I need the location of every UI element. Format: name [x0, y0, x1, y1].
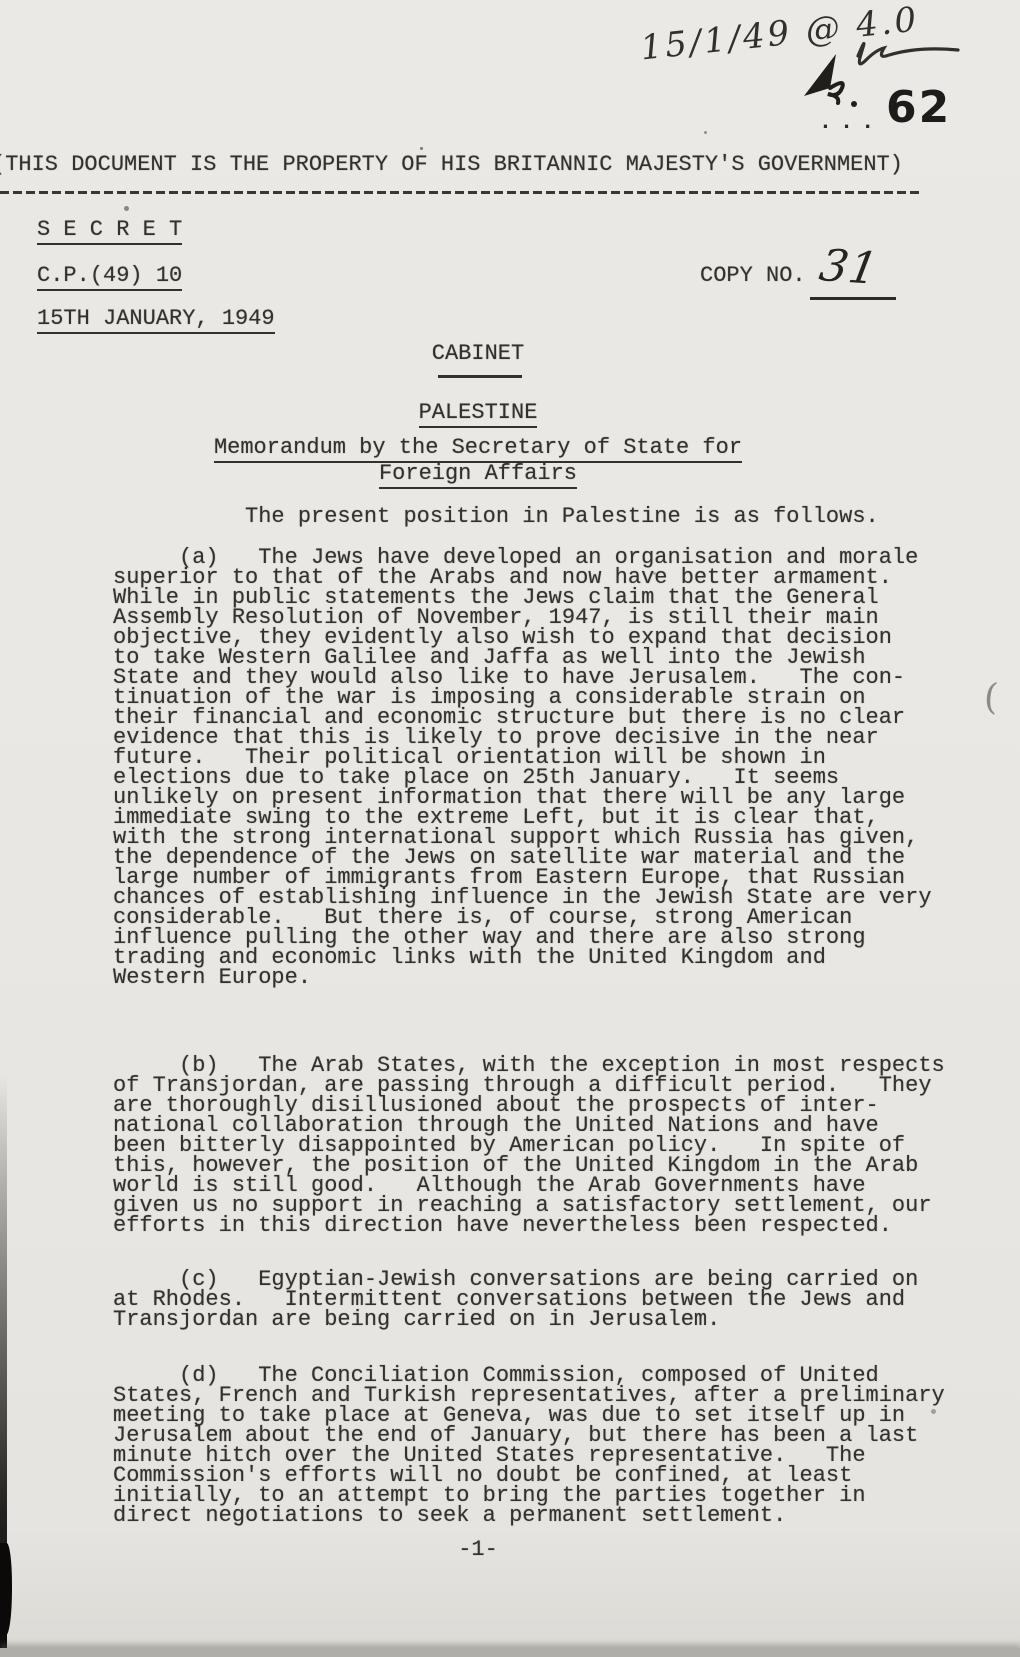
stray-pen-mark: (: [983, 680, 1000, 717]
page-number: -1-: [108, 1540, 848, 1560]
paragraph-c: (c) Egyptian-Jewish conversations are be…: [113, 1270, 918, 1330]
paragraph-d: (d) The Conciliation Commission, compose…: [113, 1366, 945, 1526]
classification-text: S E C R E T: [37, 217, 182, 245]
scan-edge-blob: [0, 1543, 12, 1635]
memo-title-line1-text: Memorandum by the Secretary of State for: [214, 435, 742, 463]
date-line: 15TH JANUARY, 1949: [37, 309, 275, 329]
reference-number: C.P.(49) 10: [37, 266, 182, 286]
copy-no-underline: [810, 297, 896, 300]
classification-secret: S E C R E T: [37, 220, 182, 240]
property-line: (THIS DOCUMENT IS THE PROPERTY OF HIS BR…: [0, 155, 903, 175]
memo-title-line2: Foreign Affairs: [108, 463, 848, 485]
initial-ink-mark: [790, 52, 900, 108]
folio-number-stamp: 62: [886, 86, 951, 130]
paper-specks: [420, 147, 423, 150]
cabinet-heading: CABINET: [108, 343, 848, 365]
memo-title-line2-text: Foreign Affairs: [379, 461, 577, 489]
dashed-rule: [0, 191, 920, 194]
reference-text: C.P.(49) 10: [37, 263, 182, 291]
memo-title-line1: Memorandum by the Secretary of State for: [108, 437, 848, 459]
scan-bottom-edge: [0, 1648, 1020, 1657]
document-page: 15/1/49 @ 4.0 . . . 62 (THIS DOCUMENT IS…: [0, 0, 1020, 1657]
paragraph-a: (a) The Jews have developed an organisat…: [113, 548, 932, 988]
copy-no-label: COPY NO.: [700, 266, 806, 286]
opening-sentence: The present position in Palestine is as …: [113, 507, 879, 527]
handwritten-copy-number: 31: [816, 244, 882, 292]
cabinet-rule: [438, 375, 522, 378]
paragraph-b: (b) The Arab States, with the exception …: [113, 1056, 945, 1236]
subject-text: PALESTINE: [419, 400, 538, 428]
date-text: 15TH JANUARY, 1949: [37, 306, 275, 334]
subject-heading: PALESTINE: [108, 402, 848, 424]
stamp-dots: . . .: [822, 114, 875, 132]
